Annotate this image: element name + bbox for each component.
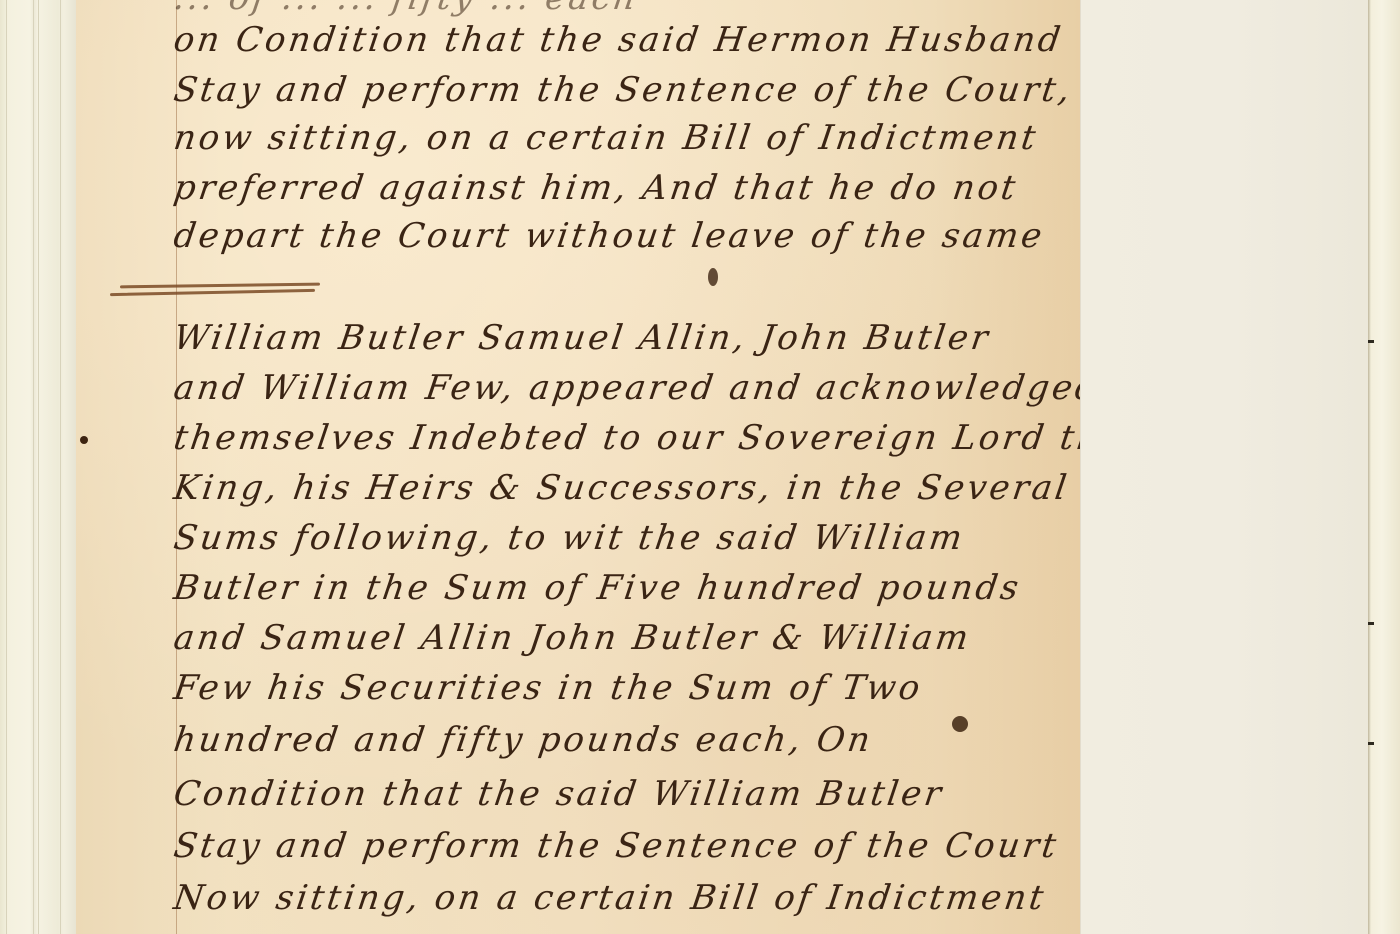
partial-top-line: ... of ... ... fifty ... each bbox=[171, 0, 641, 18]
right-binding-edge bbox=[1368, 0, 1400, 934]
ink-blot bbox=[952, 716, 968, 732]
text-line-7: and William Few, appeared and acknowledg… bbox=[171, 368, 1103, 408]
ink-blot bbox=[80, 436, 88, 444]
text-line-9: King, his Heirs & Successors, in the Sev… bbox=[171, 468, 1072, 508]
text-line-8: themselves Indebted to our Sovereign Lor… bbox=[171, 418, 1128, 458]
manuscript-page: ... of ... ... fifty ... each on Conditi… bbox=[76, 0, 1080, 934]
text-line-11: Butler in the Sum of Five hundred pounds bbox=[171, 568, 1024, 608]
text-line-10: Sums following, to wit the said William bbox=[171, 518, 967, 558]
text-line-12: and Samuel Allin John Butler & William bbox=[171, 618, 973, 658]
text-line-15: Condition that the said William Butler bbox=[171, 774, 946, 814]
text-line-4: preferred against him, And that he do no… bbox=[171, 168, 1021, 208]
mount-board bbox=[1080, 0, 1369, 934]
left-binding-edge bbox=[0, 0, 77, 934]
text-line-16: Stay and perform the Sentence of the Cou… bbox=[171, 826, 1061, 866]
text-line-14: hundred and fifty pounds each, On bbox=[171, 720, 875, 760]
section-separator bbox=[110, 284, 320, 298]
text-line-6: William Butler Samuel Allin, John Butler bbox=[171, 318, 993, 358]
text-line-1: on Condition that the said Hermon Husban… bbox=[171, 20, 1066, 60]
ink-blot bbox=[708, 268, 718, 286]
text-line-2: Stay and perform the Sentence of the Cou… bbox=[171, 70, 1075, 110]
text-line-13: Few his Securities in the Sum of Two bbox=[171, 668, 925, 708]
text-line-5: depart the Court without leave of the sa… bbox=[171, 216, 1047, 256]
text-line-17: Now sitting, on a certain Bill of Indict… bbox=[171, 878, 1049, 918]
text-line-3: now sitting, on a certain Bill of Indict… bbox=[171, 118, 1041, 158]
